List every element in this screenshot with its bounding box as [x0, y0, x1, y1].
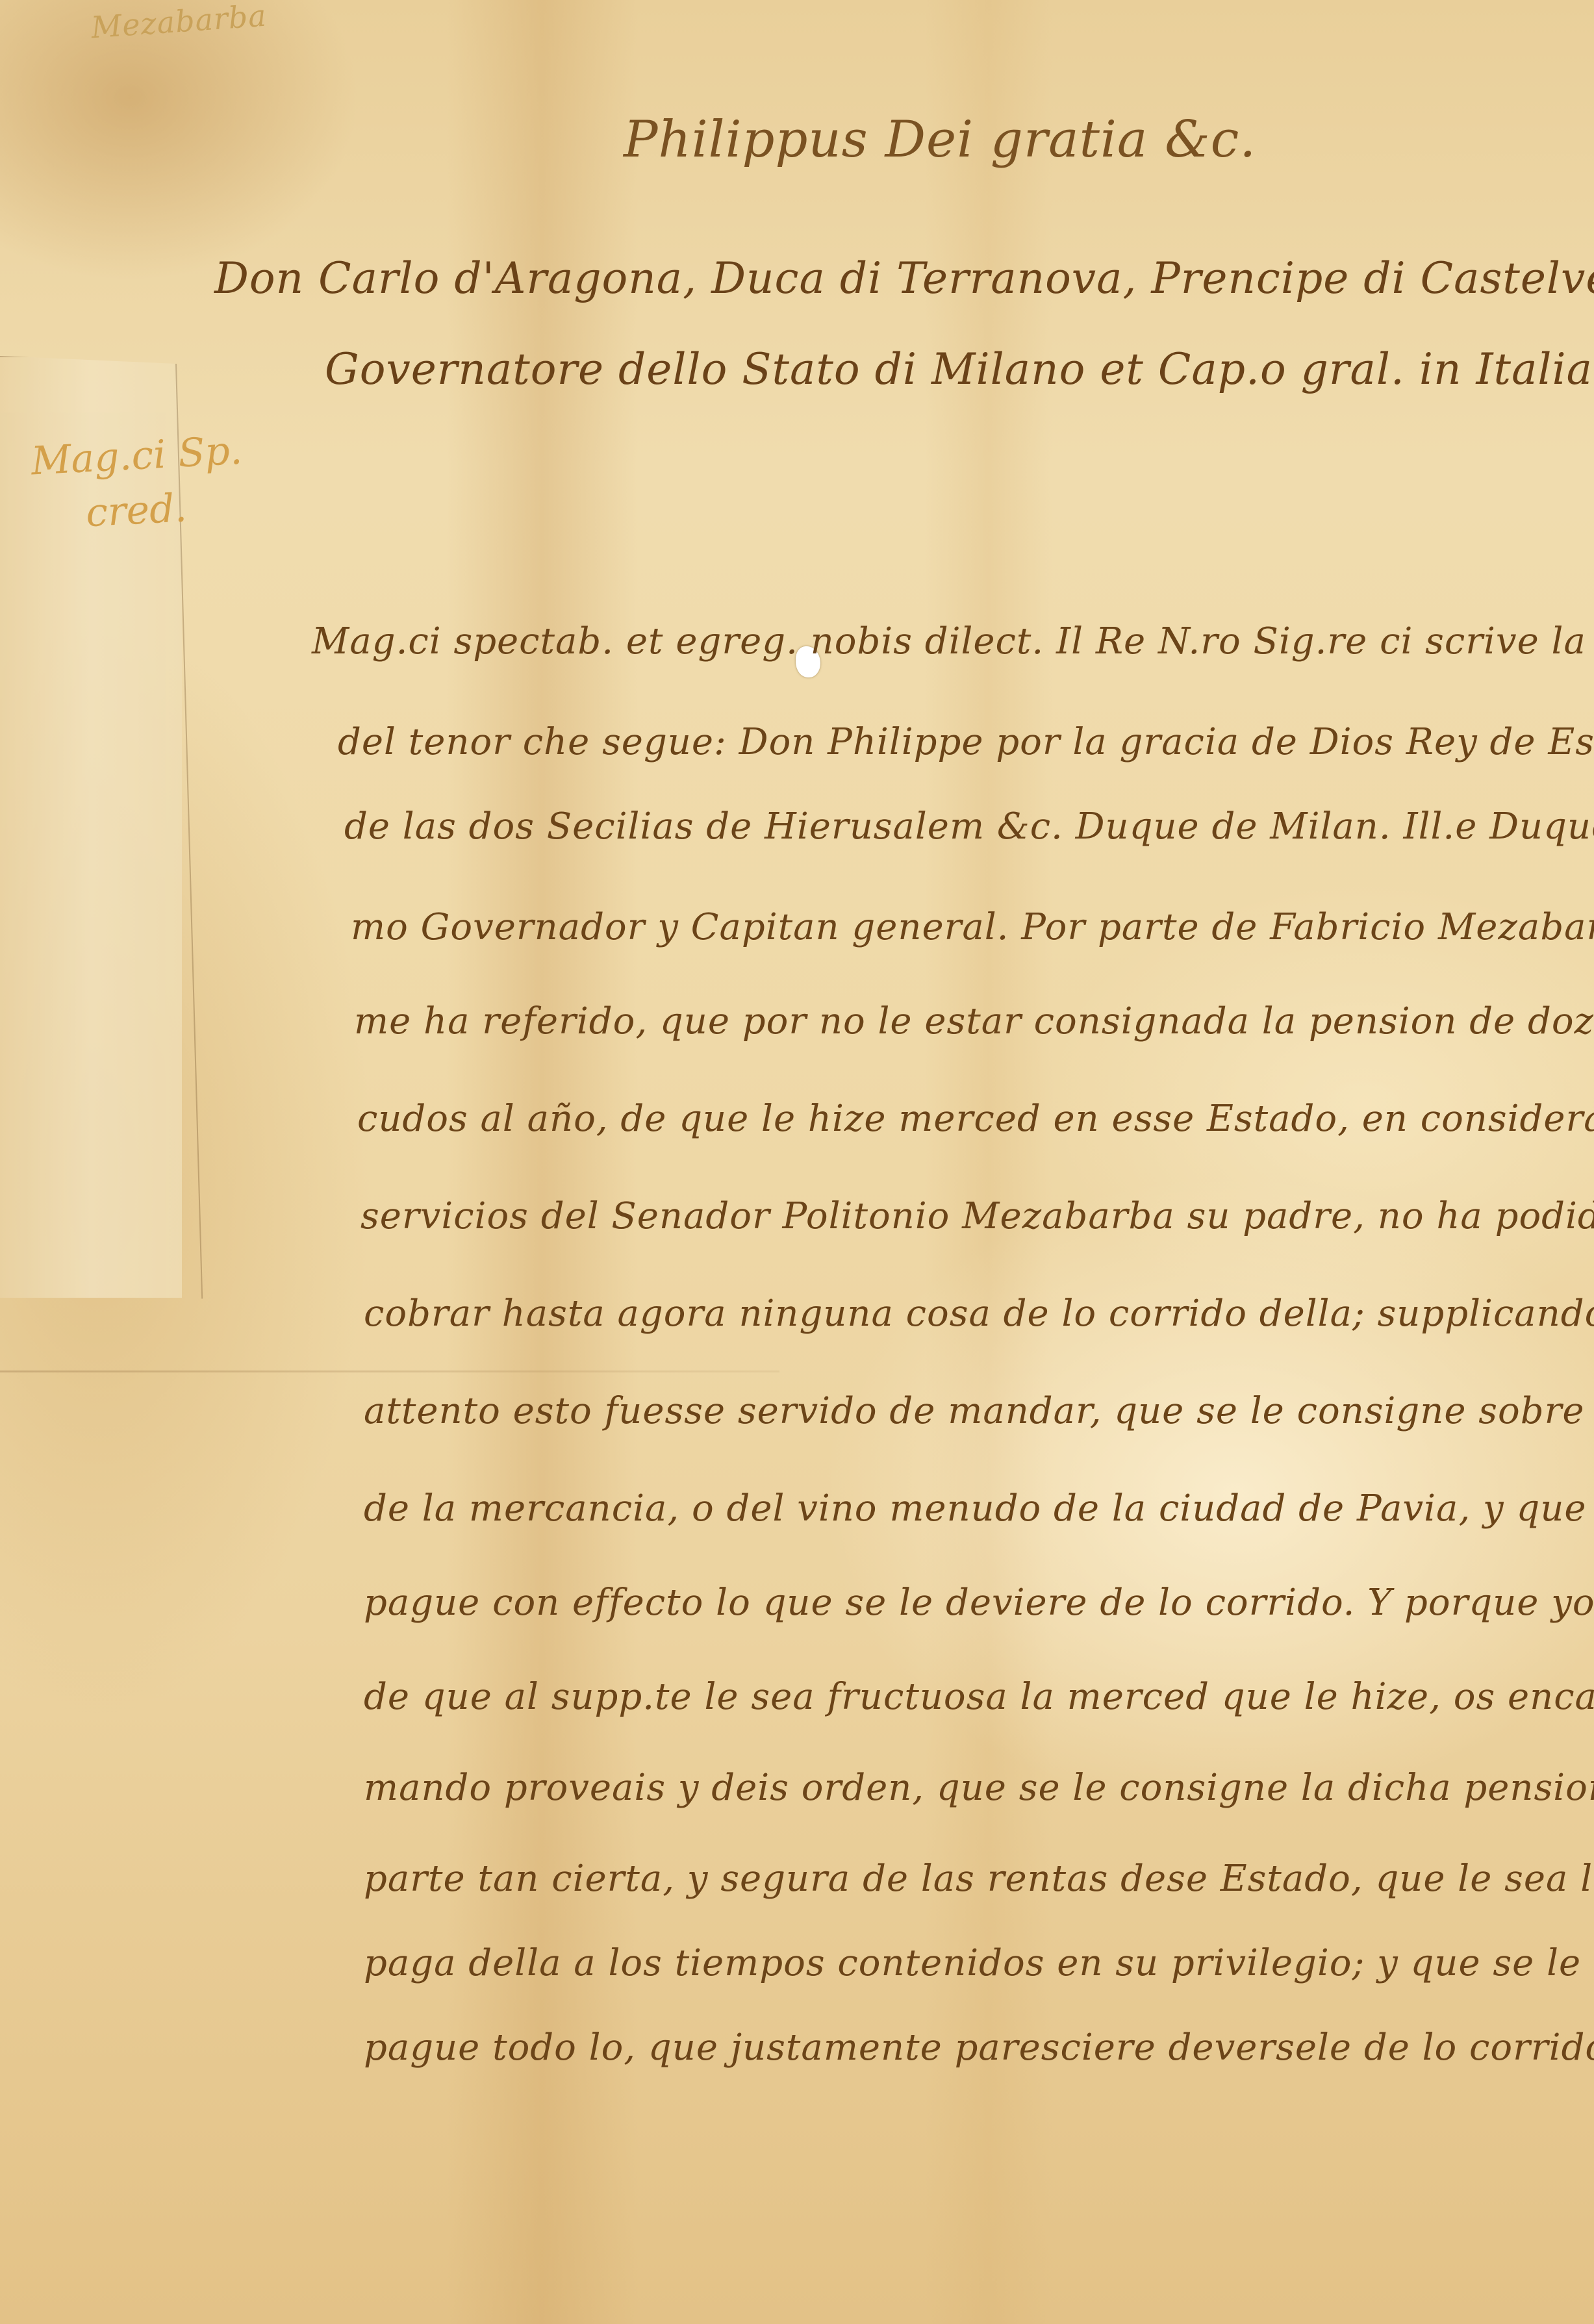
margin-annotation: Mag.ci Sp. cred.	[30, 423, 246, 544]
body-line-2: del tenor che segue: Don Philippe por la…	[338, 721, 1594, 763]
manuscript-page: ​ Mezabarba Philippus Dei gratia &c. Don…	[0, 0, 1594, 2324]
margin-annotation-line: Mag.ci Sp.	[30, 423, 244, 489]
body-line-9: attento esto fuesse servido de mandar, q…	[364, 1390, 1594, 1432]
margin-annotation-line: cred.	[32, 477, 246, 543]
body-line-15: paga della a los tiempos contenidos en s…	[364, 1942, 1581, 1984]
invocation-title: Philippus Dei gratia &c.	[624, 110, 1256, 169]
body-line-7: servicios del Senador Politonio Mezabarb…	[361, 1195, 1594, 1237]
docket-note: Mezabarba	[90, 0, 268, 45]
heading-line-2: Governatore dello Stato di Milano et Cap…	[325, 344, 1594, 394]
body-line-5: me ha referido, que por no le estar cons…	[354, 1000, 1594, 1042]
fold-crease	[0, 1370, 779, 1372]
body-line-6: cudos al año, de que le hize merced en e…	[357, 1098, 1594, 1140]
body-line-14: parte tan cierta, y segura de las rentas…	[364, 1858, 1594, 1900]
body-line-4: mo Governador y Capitan general. Por par…	[351, 906, 1594, 948]
body-line-16: pague todo lo, que justamente paresciere…	[364, 2027, 1594, 2069]
body-line-13: mando proveais y deis orden, que se le c…	[364, 1767, 1594, 1809]
body-line-11: pague con effecto lo que se le deviere d…	[364, 1582, 1594, 1624]
body-line-1: Mag.ci spectab. et egreg. nobis dilect. …	[312, 620, 1594, 663]
body-line-8: cobrar hasta agora ninguna cosa de lo co…	[364, 1293, 1594, 1335]
heading-line-1: Don Carlo d'Aragona, Duca di Terranova, …	[214, 253, 1594, 303]
body-line-3: de las dos Secilias de Hierusalem &c. Du…	[344, 805, 1594, 848]
body-line-12: de que al supp.te le sea fructuosa la me…	[364, 1676, 1594, 1718]
body-line-10: de la mercancia, o del vino menudo de la…	[364, 1487, 1594, 1530]
